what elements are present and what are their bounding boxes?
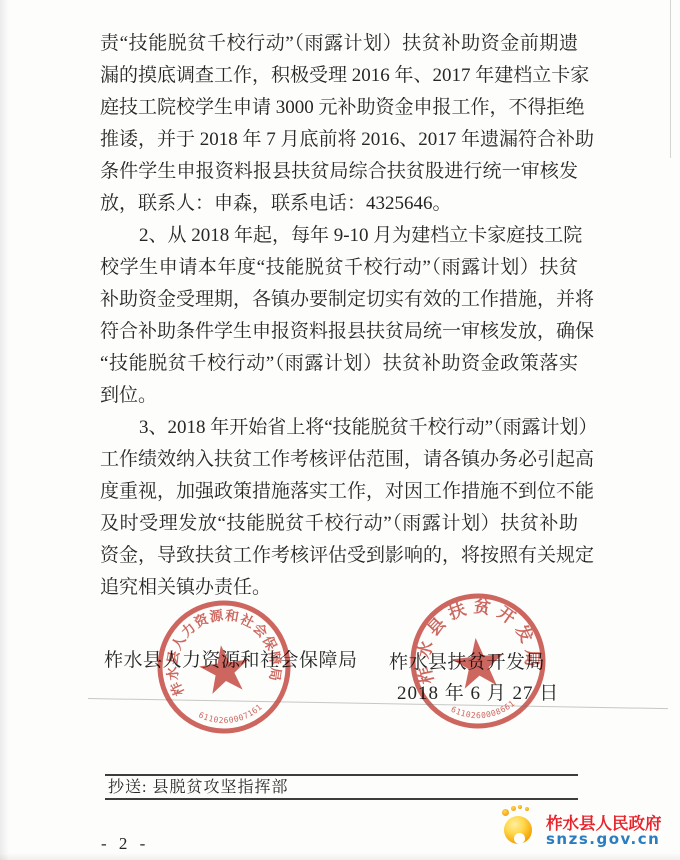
body-line: 庭技工院校学生申请 3000 元补助资金申报工作，不得拒绝 <box>100 92 578 124</box>
seal-star-icon <box>450 635 507 690</box>
body-line: 补助资金受理期，各镇办要制定切实有效的工作措施，并将 <box>100 284 578 316</box>
document-body: 责“技能脱贫千校行动”（雨露计划）扶贫补助资金前期遗 漏的摸底调查工作，积极受理… <box>100 28 578 604</box>
official-seal-left-icon: 柞水县人力资源和社会保障局 6110260007161 <box>149 592 299 742</box>
scan-edge-shadow-bottom <box>0 853 680 860</box>
body-line: 校学生申请本年度“技能脱贫千校行动”（雨露计划）扶贫 <box>100 252 578 284</box>
scan-edge-shadow-left <box>0 0 9 860</box>
scan-artifact-vertical-line <box>670 0 671 158</box>
emblem-dot <box>518 805 522 809</box>
body-line: 工作绩效纳入扶贫工作考核评估范围，请各镇办务必引起高 <box>100 444 578 476</box>
body-line: 符合补助条件学生申报资料报县扶贫局统一审核发放，确保 <box>100 316 578 348</box>
body-line: 责“技能脱贫千校行动”（雨露计划）扶贫补助资金前期遗 <box>100 28 578 60</box>
badge-domain: snzs.gov.cn <box>546 830 660 848</box>
emblem-dot <box>525 807 529 811</box>
body-line: 放，联系人：申森，联系电话：4325646。 <box>100 188 578 220</box>
body-line: 条件学生申报资料报县扶贫局综合扶贫股进行统一审核发 <box>100 156 578 188</box>
body-line: 资金，导致扶贫工作考核评估受到影响的，将按照有关规定 <box>100 540 578 572</box>
page-number: - 2 - <box>101 834 149 854</box>
body-line: 及时受理发放“技能脱贫千校行动”（雨露计划）扶贫补助 <box>100 508 578 540</box>
document-page: 责“技能脱贫千校行动”（雨露计划）扶贫补助资金前期遗 漏的摸底调查工作，积极受理… <box>0 0 680 860</box>
footer-rule-bottom <box>105 798 578 800</box>
body-line: 推诿，并于 2018 年 7 月底前将 2016、2017 年遗漏符合补助 <box>100 124 578 156</box>
body-line: 到位。 <box>100 380 578 412</box>
seal-star-icon <box>196 642 251 695</box>
body-line: 度重视，加强政策措施落实工作，对因工作措施不到位不能 <box>100 476 578 508</box>
gov-site-badge: 柞水县人民政府 snzs.gov.cn <box>500 804 670 850</box>
body-line: “技能脱贫千校行动”（雨露计划）扶贫补助资金政策落实 <box>100 348 578 380</box>
body-line: 3、2018 年开始省上将“技能脱贫千校行动”（雨露计划） <box>100 412 578 444</box>
body-line: 漏的摸底调查工作，积极受理 2016 年、2017 年建档立卡家 <box>100 60 578 92</box>
gov-emblem-icon <box>502 806 540 848</box>
emblem-dot <box>502 809 509 816</box>
footer-rule-top <box>105 774 578 776</box>
body-line: 2、从 2018 年起，每年 9-10 月为建档立卡家庭技工院 <box>100 220 578 252</box>
copy-to-line: 抄送: 县脱贫攻坚指挥部 <box>108 777 288 799</box>
official-seal-right-icon: 柞水县扶贫开发局 6110260008661 <box>402 585 554 737</box>
emblem-dot <box>511 806 516 811</box>
emblem-hole <box>514 833 525 844</box>
